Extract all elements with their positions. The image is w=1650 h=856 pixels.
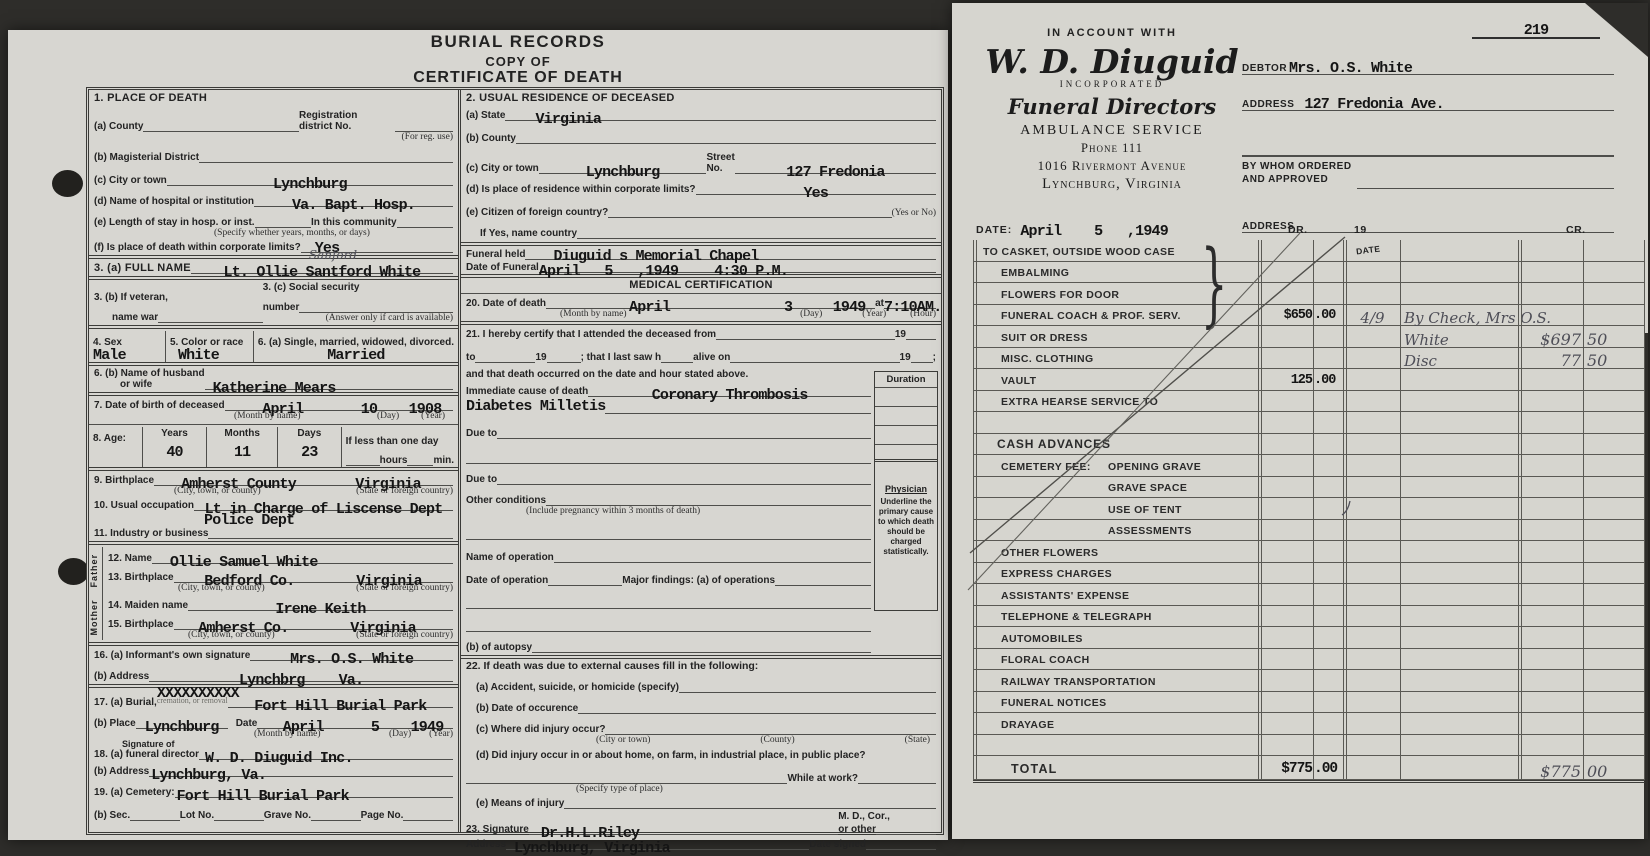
injury-where-notes: (City or town) (County) (State) bbox=[461, 735, 941, 745]
ledger-cr-dollars bbox=[1520, 498, 1583, 519]
ledger-dr-dollars-text: $650 bbox=[1284, 308, 1312, 323]
ledger-cr-dollars bbox=[1520, 369, 1583, 390]
ledger-cr-dollars bbox=[1520, 434, 1583, 455]
ledger-item-cell: ASSISTANTS' EXPENSE bbox=[973, 584, 1260, 605]
operation-name-label: Name of operation bbox=[466, 552, 554, 563]
firm-name: W. D. Diuguid bbox=[960, 45, 1264, 78]
ledger-cr-dollars-text: $775 bbox=[1540, 764, 1581, 780]
blank-fill-1 bbox=[466, 451, 871, 464]
certify-text1: 21. I hereby certify that I attended the… bbox=[466, 329, 716, 340]
sex-race-marital-row: 4. Sex Male 5. Color or race White 6. (a… bbox=[89, 331, 458, 362]
ledger-entry-date bbox=[1345, 391, 1400, 412]
ledger-item-cell: EXTRA HEARSE SERVICE TO bbox=[973, 391, 1260, 412]
firm-ambulance-service: AMBULANCE SERVICE bbox=[960, 123, 1264, 139]
fd-label-block: Signature of 18. (a) funeral director bbox=[94, 740, 199, 761]
ordered-by-label1: BY WHOM ORDERED bbox=[1242, 161, 1352, 172]
corporate-limits-label: (f) Is place of death within corporate l… bbox=[94, 242, 301, 253]
ledger-entry-date bbox=[1345, 369, 1400, 390]
while-at-work-line bbox=[858, 771, 936, 784]
field-length-of-stay: (e) Length of stay in hosp. or inst. In … bbox=[89, 215, 458, 228]
race-cell: 5. Color or race White bbox=[166, 331, 254, 362]
autopsy-line bbox=[532, 640, 871, 653]
hours-line bbox=[346, 453, 380, 466]
ledger-entry-desc bbox=[1400, 240, 1520, 261]
debtor-address-label: ADDRESS bbox=[1242, 99, 1294, 110]
age-label-cell: 8. Age: bbox=[89, 427, 142, 467]
certificate-title: BURIAL RECORDS COPY OF CERTIFICATE OF DE… bbox=[308, 32, 728, 87]
lot-label: Lot No. bbox=[180, 810, 214, 821]
cr-column-header: CR. bbox=[1566, 224, 1586, 236]
age-months-label: Months bbox=[211, 428, 273, 439]
ledger-dr-cents bbox=[1313, 391, 1345, 412]
ledger-entry-date bbox=[1345, 735, 1400, 756]
mother-name-value: Irene Keith bbox=[275, 602, 365, 617]
mother-birthplace-label: 15. Birthplace bbox=[108, 619, 174, 630]
ledger-dr-dollars bbox=[1260, 434, 1313, 455]
rail-divider bbox=[875, 459, 937, 462]
stay-note-row: (Specify whether years, months, or days) bbox=[89, 228, 458, 238]
ledger-cr-dollars bbox=[1520, 262, 1583, 283]
ledger-item-cell: FUNERAL NOTICES bbox=[973, 692, 1260, 713]
field-hospital: (d) Name of hospital or institution Va. … bbox=[89, 194, 458, 207]
ledger-entry-date bbox=[1345, 434, 1400, 455]
ledger-total-row: TOTAL$775.00$77500 bbox=[973, 756, 1645, 780]
ledger-row: USE OF TENT bbox=[973, 498, 1645, 520]
ledger-dr-cents bbox=[1313, 520, 1345, 541]
spouse-value: Katherine Mears bbox=[213, 381, 336, 396]
certify-19a-line bbox=[906, 327, 936, 340]
other-conditions-line bbox=[546, 493, 871, 506]
ledger-dr-dollars bbox=[1260, 713, 1313, 734]
vline-dr-cents bbox=[1313, 240, 1314, 780]
ledger-dr-cents bbox=[1313, 735, 1345, 756]
certify-alive-line bbox=[730, 350, 899, 363]
ledger-item-cell-text: EMBALMING bbox=[1001, 267, 1069, 279]
ledger-cr-cents-text: 50 bbox=[1587, 332, 1607, 348]
section2-heading: 2. USUAL RESIDENCE OF DECEASED bbox=[466, 92, 675, 104]
ledger-row: EXTRA HEARSE SERVICE TO bbox=[973, 391, 1645, 413]
ledger-cr-cents: 50 bbox=[1583, 326, 1645, 347]
ledger-item-cell: MISC. CLOTHING bbox=[973, 348, 1260, 369]
duration-line-2 bbox=[875, 407, 937, 426]
ledger-cr-cents bbox=[1583, 692, 1645, 713]
ledger-dr-dollars bbox=[1260, 735, 1313, 756]
ledger-dr-cents-text: .00 bbox=[1314, 373, 1335, 388]
community-label: In this community bbox=[311, 217, 397, 228]
ledger-cr-dollars bbox=[1520, 735, 1583, 756]
vline-left bbox=[973, 240, 977, 780]
community-line bbox=[397, 215, 453, 228]
ledger-entry-date bbox=[1345, 627, 1400, 648]
ledger-entry-desc bbox=[1400, 455, 1520, 476]
ledger-cr-dollars bbox=[1520, 563, 1583, 584]
ledger-entry-date bbox=[1345, 649, 1400, 670]
ledger-cr-cents bbox=[1583, 369, 1645, 390]
ledger-cr-dollars bbox=[1520, 713, 1583, 734]
field-full-name: 3. (a) FULL NAME Sanford Lt. Ollie Santf… bbox=[89, 261, 458, 274]
res-city-value: Lynchburg bbox=[586, 165, 660, 180]
ledger-item-cell-text: DRAYAGE bbox=[1001, 719, 1054, 731]
res-corporate-value: Yes bbox=[803, 186, 828, 201]
field-res-state: (a) State Virginia bbox=[461, 108, 941, 121]
full-name-value: Lt. Ollie Santford White bbox=[224, 265, 421, 280]
field-means-of-injury: (e) Means of injury bbox=[461, 796, 941, 809]
blank-rule bbox=[1242, 141, 1614, 157]
field-cemetery: 19. (a) Cemetery: Fort Hill Burial Park bbox=[89, 785, 458, 798]
ledger-item-cell-text: SUIT OR DRESS bbox=[1001, 332, 1088, 344]
ledger-dr-dollars bbox=[1260, 584, 1313, 605]
field-signature: 23. Signature Dr.H.L.Riley M. D., Cor., … bbox=[461, 811, 941, 835]
dod-note-year: (Year) bbox=[862, 309, 886, 319]
ledger-dr-cents bbox=[1313, 541, 1345, 562]
ledger-entry-desc bbox=[1400, 283, 1520, 304]
city-label: (c) City or town bbox=[94, 175, 167, 186]
ledger-cr-cents bbox=[1583, 477, 1645, 498]
punch-hole-top bbox=[52, 170, 83, 197]
field-res-county: (b) County bbox=[461, 131, 941, 144]
ledger-entry-desc bbox=[1400, 369, 1520, 390]
field-cemetery-lot: (b) Sec. Lot No. Grave No. Page No. bbox=[89, 808, 458, 821]
ledger-item-cell: AUTOMOBILES bbox=[973, 627, 1260, 648]
accident-line bbox=[679, 680, 936, 693]
vline-desc-end bbox=[1518, 240, 1522, 780]
certificate-sheet: BURIAL RECORDS COPY OF CERTIFICATE OF DE… bbox=[8, 30, 948, 840]
ledger-item-cell-text: TO CASKET, OUTSIDE WOOD CASE bbox=[983, 246, 1175, 258]
ledger-cr-dollars: $697 bbox=[1520, 326, 1583, 347]
certify-line2: to 19 ; that I last saw h alive on 19 ; bbox=[461, 350, 941, 363]
ledger-cr-dollars bbox=[1520, 649, 1583, 670]
second-address-label: ADDRESS bbox=[1242, 221, 1294, 232]
ledger-entry-date bbox=[1345, 477, 1400, 498]
means-of-injury-line bbox=[564, 796, 936, 809]
ledger-cr-cents bbox=[1583, 412, 1645, 433]
ledger-row: DRAYAGE bbox=[973, 713, 1645, 735]
punch-hole-bottom bbox=[58, 558, 89, 585]
ledger-entry-date bbox=[1345, 283, 1400, 304]
certify-lastsaw: ; that I last saw h bbox=[581, 352, 662, 363]
age-days-value: 23 bbox=[301, 445, 317, 460]
ledger-entry-date bbox=[1345, 520, 1400, 541]
field-accident: (a) Accident, suicide, or homicide (spec… bbox=[461, 680, 941, 693]
blank-line-4 bbox=[461, 619, 871, 632]
burial-date-year: 1949 bbox=[411, 720, 444, 735]
ledger-row: VAULT125.00 bbox=[973, 369, 1645, 391]
injury-home-label: (d) Did injury occur in or about home, o… bbox=[466, 750, 865, 761]
field-county: (a) County Registration district No. bbox=[89, 110, 458, 132]
ledger-cr-cents bbox=[1583, 541, 1645, 562]
res-city-label: (c) City or town bbox=[466, 163, 539, 174]
field-injury-where: (c) Where did injury occur? bbox=[461, 722, 941, 735]
field-spouse: 6. (b) Name of husband or wife Katherine… bbox=[89, 368, 458, 390]
other-conditions-label: Other conditions bbox=[466, 495, 546, 506]
ledger-cr-dollars bbox=[1520, 627, 1583, 648]
ledger-cr-cents bbox=[1583, 283, 1645, 304]
ledger-row: CEMETERY FEE:OPENING GRAVE bbox=[973, 455, 1645, 477]
ledger-cr-dollars bbox=[1520, 541, 1583, 562]
spouse-label2: or wife bbox=[94, 379, 205, 390]
min-line bbox=[407, 453, 433, 466]
funeral-date-value: April 5 ,1949 bbox=[539, 264, 678, 279]
magisterial-line bbox=[199, 150, 453, 163]
ledger-dr-cents: .00 bbox=[1313, 305, 1345, 326]
full-name-handwritten: Sanford bbox=[309, 248, 357, 262]
ledger-dr-dollars: 125 bbox=[1260, 369, 1313, 390]
birthplace-label: 9. Birthplace bbox=[94, 475, 154, 486]
page-label: Page No. bbox=[361, 810, 404, 821]
cause-line2-fill bbox=[605, 401, 871, 414]
ledger-cr-cents bbox=[1583, 606, 1645, 627]
yes-no-note: (Yes or No) bbox=[892, 208, 936, 218]
ledger-cr-dollars bbox=[1520, 283, 1583, 304]
field-signature-address: Address Lynchburg, Virginia Date signed bbox=[461, 837, 941, 850]
debtor-address-value: 127 Fredonia Ave. bbox=[1304, 97, 1443, 112]
section2-heading-row: 2. USUAL RESIDENCE OF DECEASED bbox=[461, 92, 941, 104]
autopsy-label: (b) of autopsy bbox=[466, 642, 532, 653]
certify-to: to bbox=[466, 352, 475, 363]
ledger-row: AUTOMOBILES bbox=[973, 627, 1645, 649]
ledger-dr-dollars bbox=[1260, 541, 1313, 562]
age-label: 8. Age: bbox=[93, 433, 126, 444]
sig-address-label: Address bbox=[466, 839, 506, 850]
certify-line1-fill bbox=[716, 327, 895, 340]
res-state-value: Virginia bbox=[535, 112, 601, 127]
spouse-label-block: 6. (b) Name of husband or wife bbox=[94, 368, 205, 390]
other-conditions-note: (Include pregnancy within 3 months of de… bbox=[526, 506, 700, 516]
cert-middle-column: 2. USUAL RESIDENCE OF DECEASED (a) State… bbox=[461, 90, 941, 832]
injury-place-line bbox=[466, 771, 787, 784]
ledger-entry-desc bbox=[1400, 756, 1520, 779]
ledger-row: TO CASKET, OUTSIDE WOOD CASE bbox=[973, 240, 1645, 262]
burial-label: 17. (a) Burial, bbox=[94, 697, 157, 708]
major-findings-line bbox=[775, 573, 871, 586]
injury-note-city: (City or town) bbox=[596, 735, 650, 745]
ledger-item-cell: ASSESSMENTS bbox=[973, 520, 1260, 541]
ledger-section-header-row: CASH ADVANCES bbox=[973, 434, 1645, 456]
while-at-work-label: While at work? bbox=[787, 773, 858, 784]
ledger-entry-date bbox=[1345, 412, 1400, 433]
ledger-dr-cents bbox=[1313, 649, 1345, 670]
ledger-dr-dollars bbox=[1260, 563, 1313, 584]
dod-day: 3 bbox=[784, 300, 792, 315]
ledger-item-cell: FLORAL COACH bbox=[973, 649, 1260, 670]
injury-place-note: (Specify type of place) bbox=[576, 784, 663, 794]
ledger-item-cell-text: EXTRA HEARSE SERVICE TO bbox=[1001, 396, 1158, 408]
field-corporate-limits: (f) Is place of death within corporate l… bbox=[89, 240, 458, 253]
birthplace-state: Virginia bbox=[355, 477, 421, 492]
ledger-entry-date bbox=[1345, 455, 1400, 476]
ledger-item-cell: USE OF TENT bbox=[973, 498, 1260, 519]
ledger-cr-dollars bbox=[1520, 606, 1583, 627]
ledger-cr-cents-text: 50 bbox=[1587, 353, 1607, 369]
field-father-name: 12. Name Ollie Samuel White bbox=[103, 551, 458, 564]
ledger-date-value: April 5 ,1949 bbox=[1020, 224, 1168, 239]
informant-label: 16. (a) Informant's own signature bbox=[94, 650, 250, 661]
age-months-cell: Months 11 bbox=[207, 427, 278, 467]
medical-cert-heading: MEDICAL CERTIFICATION bbox=[629, 280, 772, 291]
sec-label: (b) Sec. bbox=[94, 810, 130, 821]
ledger-cr-dollars bbox=[1520, 240, 1583, 261]
due-to-1-line bbox=[497, 426, 871, 439]
ledger-cr-cents bbox=[1583, 305, 1645, 326]
ledger-entry-desc bbox=[1400, 692, 1520, 713]
fd-label1: Signature of bbox=[94, 740, 199, 750]
birthplace-city: Amherst County bbox=[181, 477, 296, 492]
ledger-cr-cents bbox=[1583, 520, 1645, 541]
ledger-item-cell-text: VAULT bbox=[1001, 375, 1036, 387]
ledger-entry-desc bbox=[1400, 670, 1520, 691]
hours-label: hours bbox=[380, 455, 408, 466]
blank-fill-4 bbox=[466, 619, 871, 632]
ledger-row: FUNERAL NOTICES bbox=[973, 692, 1645, 714]
stay-line bbox=[255, 215, 311, 228]
field-funeral-held: Funeral held Diuguid s Memorial Chapel bbox=[461, 247, 941, 260]
industry-label: 11. Industry or business bbox=[94, 528, 208, 539]
ledger-cr-cents bbox=[1583, 670, 1645, 691]
ledger-item-cell-text: CEMETERY FEE: bbox=[1001, 461, 1091, 473]
firm-city: Lynchburg, Virginia bbox=[960, 176, 1264, 193]
ledger-dr-cents bbox=[1313, 283, 1345, 304]
vline-right bbox=[1644, 240, 1645, 780]
ledger-dr-cents bbox=[1313, 477, 1345, 498]
ledger-dr-cents-text: .00 bbox=[1314, 761, 1337, 777]
ledger-cr-dollars bbox=[1520, 584, 1583, 605]
dod-year: 1949 bbox=[833, 300, 866, 315]
name-war-label: name war bbox=[94, 312, 158, 323]
certify-19c: 19 bbox=[900, 352, 911, 363]
ledger-dr-cents bbox=[1313, 563, 1345, 584]
burial-note-day: (Day) bbox=[389, 729, 411, 739]
ledger-entry-desc bbox=[1400, 606, 1520, 627]
burial-value: Fort Hill Burial Park bbox=[254, 699, 426, 714]
ledger-entry-date-text: 4/9 bbox=[1360, 311, 1384, 326]
occupation-value: Lt in Charge of Liscense Dept bbox=[205, 502, 443, 517]
grave-line bbox=[311, 808, 361, 821]
section22-heading-row: 22. If death was due to external causes … bbox=[461, 661, 941, 673]
res-state-label: (a) State bbox=[466, 110, 505, 121]
grouping-brace: } bbox=[1201, 242, 1219, 326]
ledger-dr-dollars-text: 125 bbox=[1291, 373, 1312, 388]
field-operation-name: Name of operation bbox=[461, 550, 871, 563]
res-county-line bbox=[516, 131, 936, 144]
dod-hour: 7:10AM. bbox=[884, 300, 941, 315]
ledger-entry-desc-text: By Check, Mrs O.S. bbox=[1404, 311, 1551, 326]
certify-19b: 19 bbox=[535, 352, 546, 363]
ledger-dr-cents bbox=[1313, 606, 1345, 627]
registration-label1: Registration bbox=[299, 110, 395, 121]
burial-place-value: Lynchburg bbox=[145, 720, 219, 735]
ledger-item-cell-text: ASSISTANTS' EXPENSE bbox=[1001, 590, 1129, 602]
certify-text3: and that death occurred on the date and … bbox=[466, 369, 748, 380]
vline-date-end bbox=[1400, 240, 1401, 780]
injury-where-label: (c) Where did injury occur? bbox=[466, 724, 605, 735]
vline-items-end bbox=[1258, 240, 1262, 780]
ledger-date-row: DATE: April 5 ,1949 bbox=[976, 222, 1168, 237]
ledger-dr-dollars bbox=[1260, 606, 1313, 627]
debtor-value: Mrs. O.S. White bbox=[1289, 61, 1412, 76]
ledger-dr-dollars: $650 bbox=[1260, 305, 1313, 326]
res-corporate-label: (d) Is place of residence within corpora… bbox=[466, 184, 696, 195]
informant-address-state: Va. bbox=[339, 673, 364, 688]
street-value: 127 Fredonia bbox=[786, 165, 884, 180]
ledger-dr-dollars bbox=[1260, 520, 1313, 541]
ledger-dr-dollars bbox=[1260, 326, 1313, 347]
ledger-cr-dollars-text: 77 bbox=[1561, 353, 1581, 369]
certify-h-line bbox=[661, 350, 693, 363]
ledger-row: FLORAL COACH bbox=[973, 649, 1645, 671]
father-birthplace-state: Virginia bbox=[356, 574, 422, 589]
ledger-item-cell-text: FUNERAL COACH & PROF. SERV. bbox=[1001, 310, 1181, 322]
ledger-dr-dollars bbox=[1260, 240, 1313, 261]
duration-physician-rail: Duration Physician Underline the primary… bbox=[874, 371, 938, 611]
injury-note-county: (County) bbox=[760, 735, 794, 745]
field-magisterial-district: (b) Magisterial District bbox=[89, 150, 458, 163]
ledger-item-cell: EXPRESS CHARGES bbox=[973, 563, 1260, 584]
cause-value2: Diabetes Milletis bbox=[466, 399, 605, 414]
blank-line-3 bbox=[461, 596, 871, 609]
ledger-entry-desc bbox=[1400, 498, 1520, 519]
duration-header: Duration bbox=[875, 372, 937, 388]
ledger-item-sublabel: GRAVE SPACE bbox=[1108, 482, 1187, 494]
field-immediate-cause: Immediate cause of death Coronary Thromb… bbox=[461, 384, 871, 397]
ledger-dr-cents bbox=[1313, 498, 1345, 519]
ledger-cr-dollars-text: $697 bbox=[1540, 332, 1581, 348]
ledger-cr-cents bbox=[1583, 584, 1645, 605]
certify-19c-line bbox=[911, 350, 933, 363]
ledger-item-sublabel: ASSESSMENTS bbox=[1108, 525, 1192, 537]
due-to-1-label: Due to bbox=[466, 428, 497, 439]
ledger-dr-dollars bbox=[1260, 670, 1313, 691]
ledger-cr-dollars: 77 bbox=[1520, 348, 1583, 369]
race-value: White bbox=[170, 348, 249, 363]
document-number: 219 bbox=[1524, 23, 1549, 38]
cert-left-column: 1. PLACE OF DEATH (a) County Registratio… bbox=[89, 90, 461, 832]
sec-line bbox=[130, 808, 180, 821]
field-other-conditions: Other conditions bbox=[461, 493, 871, 506]
ledger-row: SUIT OR DRESSWhite$69750 bbox=[973, 326, 1645, 348]
industry-line bbox=[208, 526, 453, 539]
ledger-item-cell-text: AUTOMOBILES bbox=[1001, 633, 1083, 645]
ledger-item-cell-text: RAILWAY TRANSPORTATION bbox=[1001, 676, 1156, 688]
ledger-row: MISC. CLOTHINGDisc7750 bbox=[973, 348, 1645, 370]
magisterial-label: (b) Magisterial District bbox=[94, 152, 199, 163]
field-occupation: 10. Usual occupation Lt in Charge of Lis… bbox=[89, 498, 458, 511]
ledger-item-cell: VAULT bbox=[973, 369, 1260, 390]
dod-note-month: (Month by name) bbox=[560, 309, 627, 319]
due-to-2-line bbox=[497, 472, 871, 485]
ledger-dr-cents bbox=[1313, 434, 1345, 455]
ordered-by-label2: AND APPROVED bbox=[1242, 174, 1352, 185]
sig-address-value: Lynchburg, Virginia bbox=[514, 841, 670, 856]
certify-to-line bbox=[475, 350, 535, 363]
certify-semicolon: ; bbox=[933, 352, 936, 363]
ledger-entry-date: 4/9 bbox=[1345, 305, 1400, 326]
ledger-row: GRAVE SPACE bbox=[973, 477, 1645, 499]
ledger-item-cell bbox=[973, 735, 1260, 756]
cause-of-death-block: and that death occurred on the date and … bbox=[461, 369, 941, 652]
ledger-dr-cents bbox=[1313, 240, 1345, 261]
ledger-entry-desc bbox=[1400, 627, 1520, 648]
year-19-header: 19 bbox=[1354, 224, 1367, 236]
ledger-entry-desc bbox=[1400, 520, 1520, 541]
section22-heading: 22. If death was due to external causes … bbox=[466, 661, 758, 673]
res-county-label: (b) County bbox=[466, 133, 516, 144]
date-signed-label: Date signed bbox=[809, 839, 866, 850]
medical-cert-heading-row: MEDICAL CERTIFICATION bbox=[461, 280, 941, 291]
street-no-label: No. bbox=[706, 163, 734, 174]
ledger-sheet: IN ACCOUNT WITH W. D. Diuguid INCORPORAT… bbox=[952, 3, 1648, 839]
ledger-item-cell: RAILWAY TRANSPORTATION bbox=[973, 670, 1260, 691]
ledger-item-cell-text: FLOWERS FOR DOOR bbox=[1001, 289, 1119, 301]
